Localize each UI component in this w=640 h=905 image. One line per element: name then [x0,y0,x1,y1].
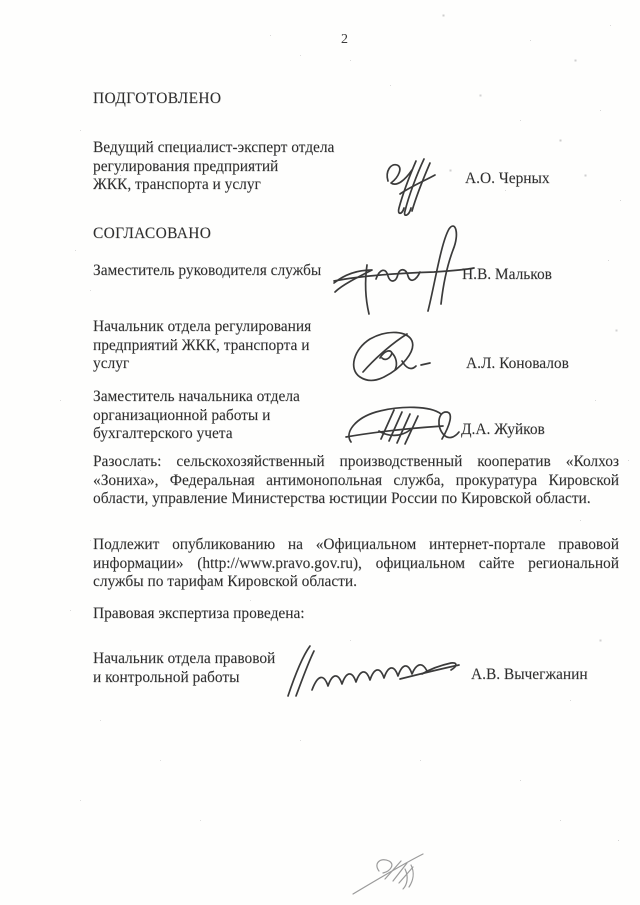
signatory-name-chernykh: А.О. Черных [465,170,550,189]
signature-konovalov-icon [346,327,432,389]
signature-bottom-icon [350,850,426,896]
signatory-name-vychegzhanin: А.В. Вычегжанин [471,666,588,685]
signature-malkov-icon [330,223,478,319]
signatory-name-malkov: Н.В. Мальков [462,266,552,285]
signatory-role-malkov: Заместитель руководителя службы [93,262,358,281]
signatory-name-zhuikov: Д.А. Жуйков [461,421,545,440]
signature-vychegzhanin-icon [282,644,464,698]
signatory-role-zhuikov: Заместитель начальника отдела организаци… [93,388,358,444]
publication-paragraph: Подлежит опубликованию на «Официальном и… [93,536,619,592]
page-number: 2 [341,32,348,48]
signatory-role-chernykh: Ведущий специалист-эксперт отдела регули… [93,139,358,195]
document-page: 2 ПОДГОТОВЛЕНО Ведущий специалист-экспер… [0,0,640,905]
signature-chernykh-icon [381,154,443,216]
signatory-name-konovalov: А.Л. Коновалов [466,355,569,374]
signatory-role-konovalov: Начальник отдела регулирования предприят… [93,318,358,374]
distribution-paragraph: Разослать: сельскохозяйственный производ… [93,453,619,509]
legal-review-line: Правовая экспертиза проведена: [93,605,305,624]
scan-noise [0,0,1,1]
prepared-heading: ПОДГОТОВЛЕНО [93,90,221,109]
signature-zhuikov-icon [343,403,461,453]
agreed-heading: СОГЛАСОВАНО [93,225,211,244]
